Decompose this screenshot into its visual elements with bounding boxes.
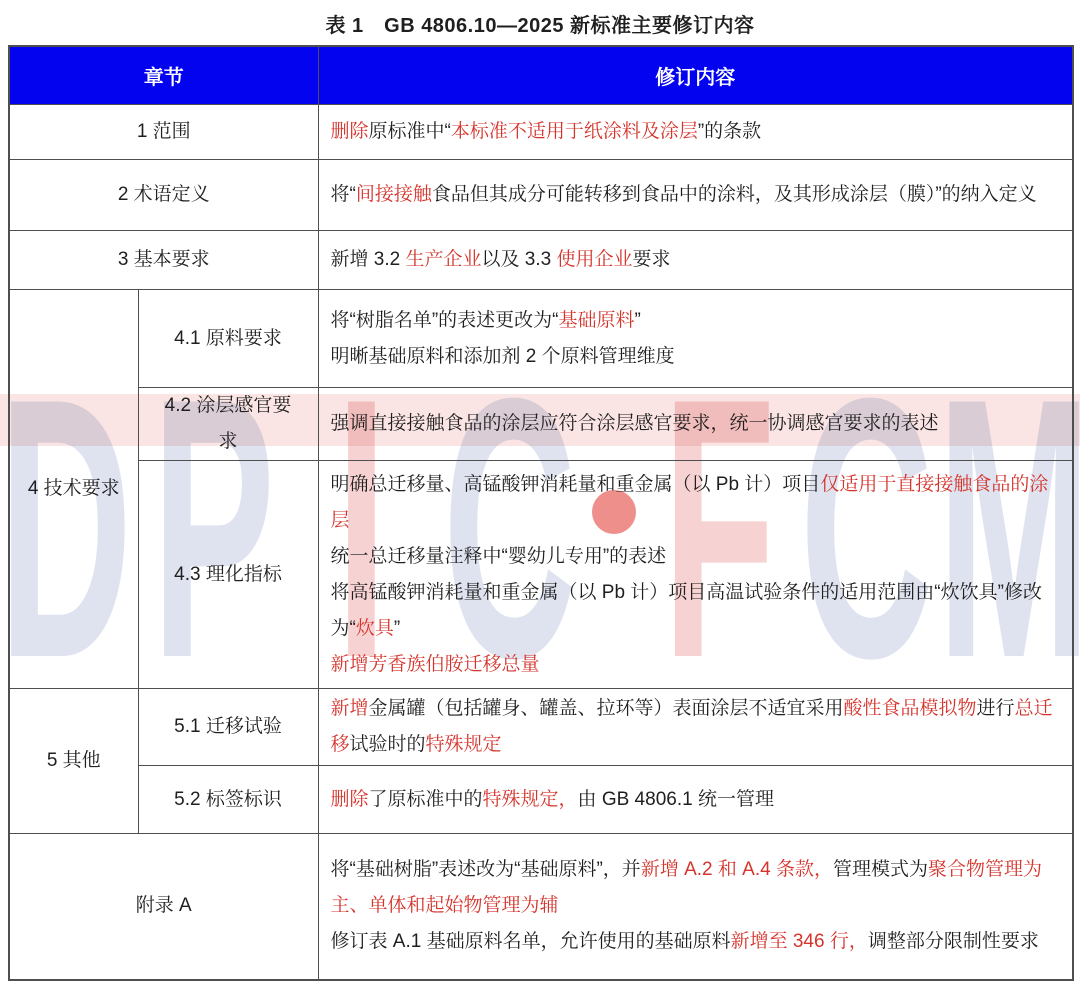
content-cell-5-2: 删除了原标准中的特殊规定，由 GB 4806.1 统一管理 xyxy=(318,766,1073,834)
table-row: 3 基本要求 新增 3.2 生产企业以及 3.3 使用企业要求 xyxy=(9,231,1073,290)
chapter-cell-4-1: 4.1 原料要求 xyxy=(138,290,318,388)
content-cell-4-1: 将“树脂名单”的表述更改为“基础原料”明晰基础原料和添加剂 2 个原料管理维度 xyxy=(318,290,1073,388)
chapter-cell-1: 1 范围 xyxy=(9,105,318,160)
content-paragraph: 新增芳香族伯胺迁移总量 xyxy=(331,647,1061,683)
content-cell-2: 将“间接接触食品但其成分可能转移到食品中的涂料，及其形成涂层（膜）”的纳入定义 xyxy=(318,160,1073,231)
content-cell-3: 新增 3.2 生产企业以及 3.3 使用企业要求 xyxy=(318,231,1073,290)
content-paragraph: 统一总迁移量注释中“婴幼儿专用”的表述 xyxy=(331,539,1061,575)
content-paragraph: 强调直接接触食品的涂层应符合涂层感官要求，统一协调感官要求的表述 xyxy=(331,406,1061,442)
content-cell-appendix-a: 将“基础树脂”表述改为“基础原料”，并新增 A.2 和 A.4 条款，管理模式为… xyxy=(318,834,1073,980)
header-cell-chapter: 章节 xyxy=(9,46,318,105)
chapter-cell-appendix-a: 附录 A xyxy=(9,834,318,980)
table-row: 1 范围 删除原标准中“本标准不适用于纸涂料及涂层”的条款 xyxy=(9,105,1073,160)
content-paragraph: 修订表 A.1 基础原料名单，允许使用的基础原料新增至 346 行，调整部分限制… xyxy=(331,924,1061,960)
content-paragraph: 将“间接接触食品但其成分可能转移到食品中的涂料，及其形成涂层（膜）”的纳入定义 xyxy=(331,177,1061,213)
revision-table: 章节 修订内容 1 范围 删除原标准中“本标准不适用于纸涂料及涂层”的条款 2 … xyxy=(8,45,1074,981)
revision-table-wrap: 章节 修订内容 1 范围 删除原标准中“本标准不适用于纸涂料及涂层”的条款 2 … xyxy=(8,45,1074,981)
chapter-cell-5-2: 5.2 标签标识 xyxy=(138,766,318,834)
page-title: 表 1 GB 4806.10—2025 新标准主要修订内容 xyxy=(0,9,1080,38)
table-row: 5 其他 5.1 迁移试验 新增金属罐（包括罐身、罐盖、拉环等）表面涂层不适宜采… xyxy=(9,689,1073,766)
content-paragraph: 删除了原标准中的特殊规定，由 GB 4806.1 统一管理 xyxy=(331,782,1061,818)
chapter-cell-3: 3 基本要求 xyxy=(9,231,318,290)
content-paragraph: 将高锰酸钾消耗量和重金属（以 Pb 计）项目高温试验条件的适用范围由“炊饮具”修… xyxy=(331,575,1061,647)
table-row: 附录 A 将“基础树脂”表述改为“基础原料”，并新增 A.2 和 A.4 条款，… xyxy=(9,834,1073,980)
content-paragraph: 新增金属罐（包括罐身、罐盖、拉环等）表面涂层不适宜采用酸性食品模拟物进行总迁移试… xyxy=(331,691,1061,763)
table-header-row: 章节 修订内容 xyxy=(9,46,1073,105)
chapter-cell-4: 4 技术要求 xyxy=(9,290,138,689)
chapter-cell-5: 5 其他 xyxy=(9,689,138,834)
table-row: 4.3 理化指标 明确总迁移量、高锰酸钾消耗量和重金属（以 Pb 计）项目仅适用… xyxy=(9,461,1073,689)
content-cell-5-1: 新增金属罐（包括罐身、罐盖、拉环等）表面涂层不适宜采用酸性食品模拟物进行总迁移试… xyxy=(318,689,1073,766)
content-paragraph: 将“树脂名单”的表述更改为“基础原料” xyxy=(331,303,1061,339)
content-paragraph: 明确总迁移量、高锰酸钾消耗量和重金属（以 Pb 计）项目仅适用于直接接触食品的涂… xyxy=(331,467,1061,539)
chapter-cell-5-1: 5.1 迁移试验 xyxy=(138,689,318,766)
content-paragraph: 明晰基础原料和添加剂 2 个原料管理维度 xyxy=(331,339,1061,375)
table-row: 4.2 涂层感官要求 强调直接接触食品的涂层应符合涂层感官要求，统一协调感官要求… xyxy=(9,388,1073,461)
header-cell-content: 修订内容 xyxy=(318,46,1073,105)
content-cell-4-2: 强调直接接触食品的涂层应符合涂层感官要求，统一协调感官要求的表述 xyxy=(318,388,1073,461)
table-row: 4 技术要求 4.1 原料要求 将“树脂名单”的表述更改为“基础原料”明晰基础原… xyxy=(9,290,1073,388)
content-cell-1: 删除原标准中“本标准不适用于纸涂料及涂层”的条款 xyxy=(318,105,1073,160)
table-row: 2 术语定义 将“间接接触食品但其成分可能转移到食品中的涂料，及其形成涂层（膜）… xyxy=(9,160,1073,231)
table-row: 5.2 标签标识 删除了原标准中的特殊规定，由 GB 4806.1 统一管理 xyxy=(9,766,1073,834)
chapter-cell-4-3: 4.3 理化指标 xyxy=(138,461,318,689)
content-paragraph: 将“基础树脂”表述改为“基础原料”，并新增 A.2 和 A.4 条款，管理模式为… xyxy=(331,852,1061,924)
content-paragraph: 新增 3.2 生产企业以及 3.3 使用企业要求 xyxy=(331,242,1061,278)
content-paragraph: 删除原标准中“本标准不适用于纸涂料及涂层”的条款 xyxy=(331,114,1061,150)
chapter-cell-2: 2 术语定义 xyxy=(9,160,318,231)
content-cell-4-3: 明确总迁移量、高锰酸钾消耗量和重金属（以 Pb 计）项目仅适用于直接接触食品的涂… xyxy=(318,461,1073,689)
chapter-cell-4-2: 4.2 涂层感官要求 xyxy=(138,388,318,461)
